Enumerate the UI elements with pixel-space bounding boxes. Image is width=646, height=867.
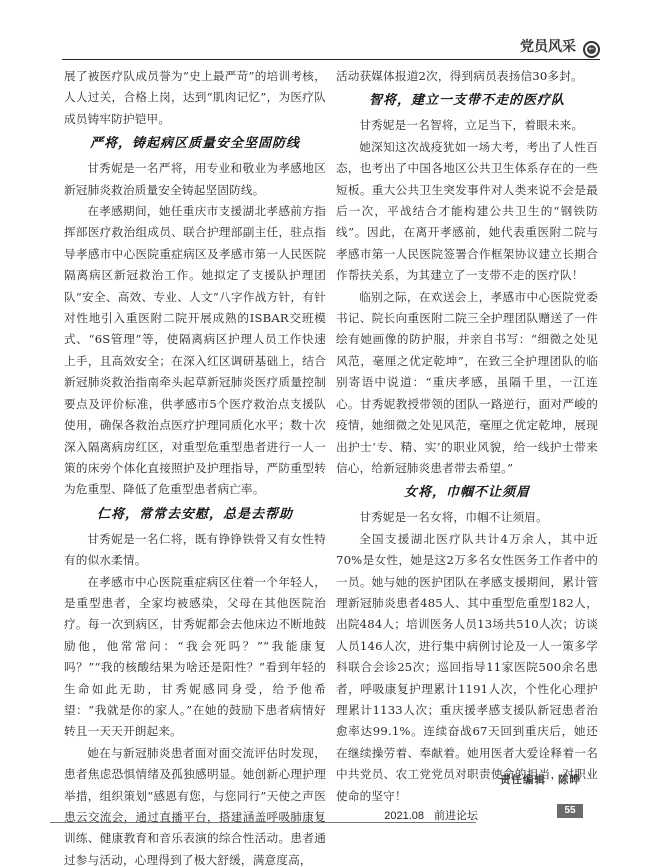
section-heading: 女将，巾帼不让须眉 [336,482,598,504]
paragraph: 甘秀妮是一名女将，巾帼不让须眉。 [336,507,598,528]
magazine-name: 前进论坛 [434,809,478,822]
paragraph: 她深知这次战疫犹如一场大考，考出了人性百态，也考出了中国各地区公共卫生体系存在的… [336,137,598,287]
section-heading: 仁将，常常去安慰，总是去帮助 [64,504,326,526]
editor-label: 责任编辑 [500,774,546,786]
editor-credit: 责任编辑陈晔 [500,772,581,787]
section-heading: 严将，铸起病区质量安全坚固防线 [64,133,326,155]
header-rule [62,59,600,60]
paragraph: 全国支援湖北医疗队共计4万余人，其中近70%是女性，她是这2万多名女性医务工作者… [336,529,598,807]
paragraph: 在孝感市中心医院重症病区住着一个年轻人，是重型患者，全家均被感染，父母在其他医院… [64,572,326,743]
editor-name: 陈晔 [558,774,581,786]
paragraph: 临别之际，在欢送会上，孝感市中心医院党委书记、院长向重医附二院三全护理团队赠送了… [336,287,598,480]
page-header: 党员风采 ← [62,28,616,60]
paragraph: 甘秀妮是一名智将，立足当下，着眼未来。 [336,115,598,136]
circle-arrow-left-icon: ← [583,41,600,58]
paragraph: 甘秀妮是一名仁将，既有铮铮铁骨又有女性特有的似水柔情。 [64,529,326,572]
paragraph: 活动获媒体报道2次，得到病员表扬信30多封。 [336,66,598,87]
paragraph: 她在与新冠肺炎患者面对面交流评估时发现，患者焦虑恐惧情绪及孤独感明显。她创新心理… [64,743,326,867]
paragraph: 甘秀妮是一名严将，用专业和敬业为孝感地区新冠肺炎救治质量安全铸起坚固防线。 [64,158,326,201]
section-title: 党员风采 [520,36,576,56]
article-column-right: 活动获媒体报道2次，得到病员表扬信30多封。智将，建立一支带不走的医疗队甘秀妮是… [336,66,598,807]
page-number: 55 [557,804,583,818]
issue-date: 2021.08 [384,810,424,822]
paragraph: 在孝感期间，她任重庆市支援湖北孝感前方指挥部医疗救治组成员、联合护理部副主任，驻… [64,201,326,501]
paragraph: 展了被医疗队成员誉为“史上最严苛”的培训考核，人人过关，合格上岗，达到“肌肉记忆… [64,66,326,130]
section-heading: 智将，建立一支带不走的医疗队 [336,90,598,112]
footer-info: 2021.08前进论坛 [384,807,478,823]
article-column-left: 展了被医疗队成员誉为“史上最严苛”的培训考核，人人过关，合格上岗，达到“肌肉记忆… [64,66,326,867]
